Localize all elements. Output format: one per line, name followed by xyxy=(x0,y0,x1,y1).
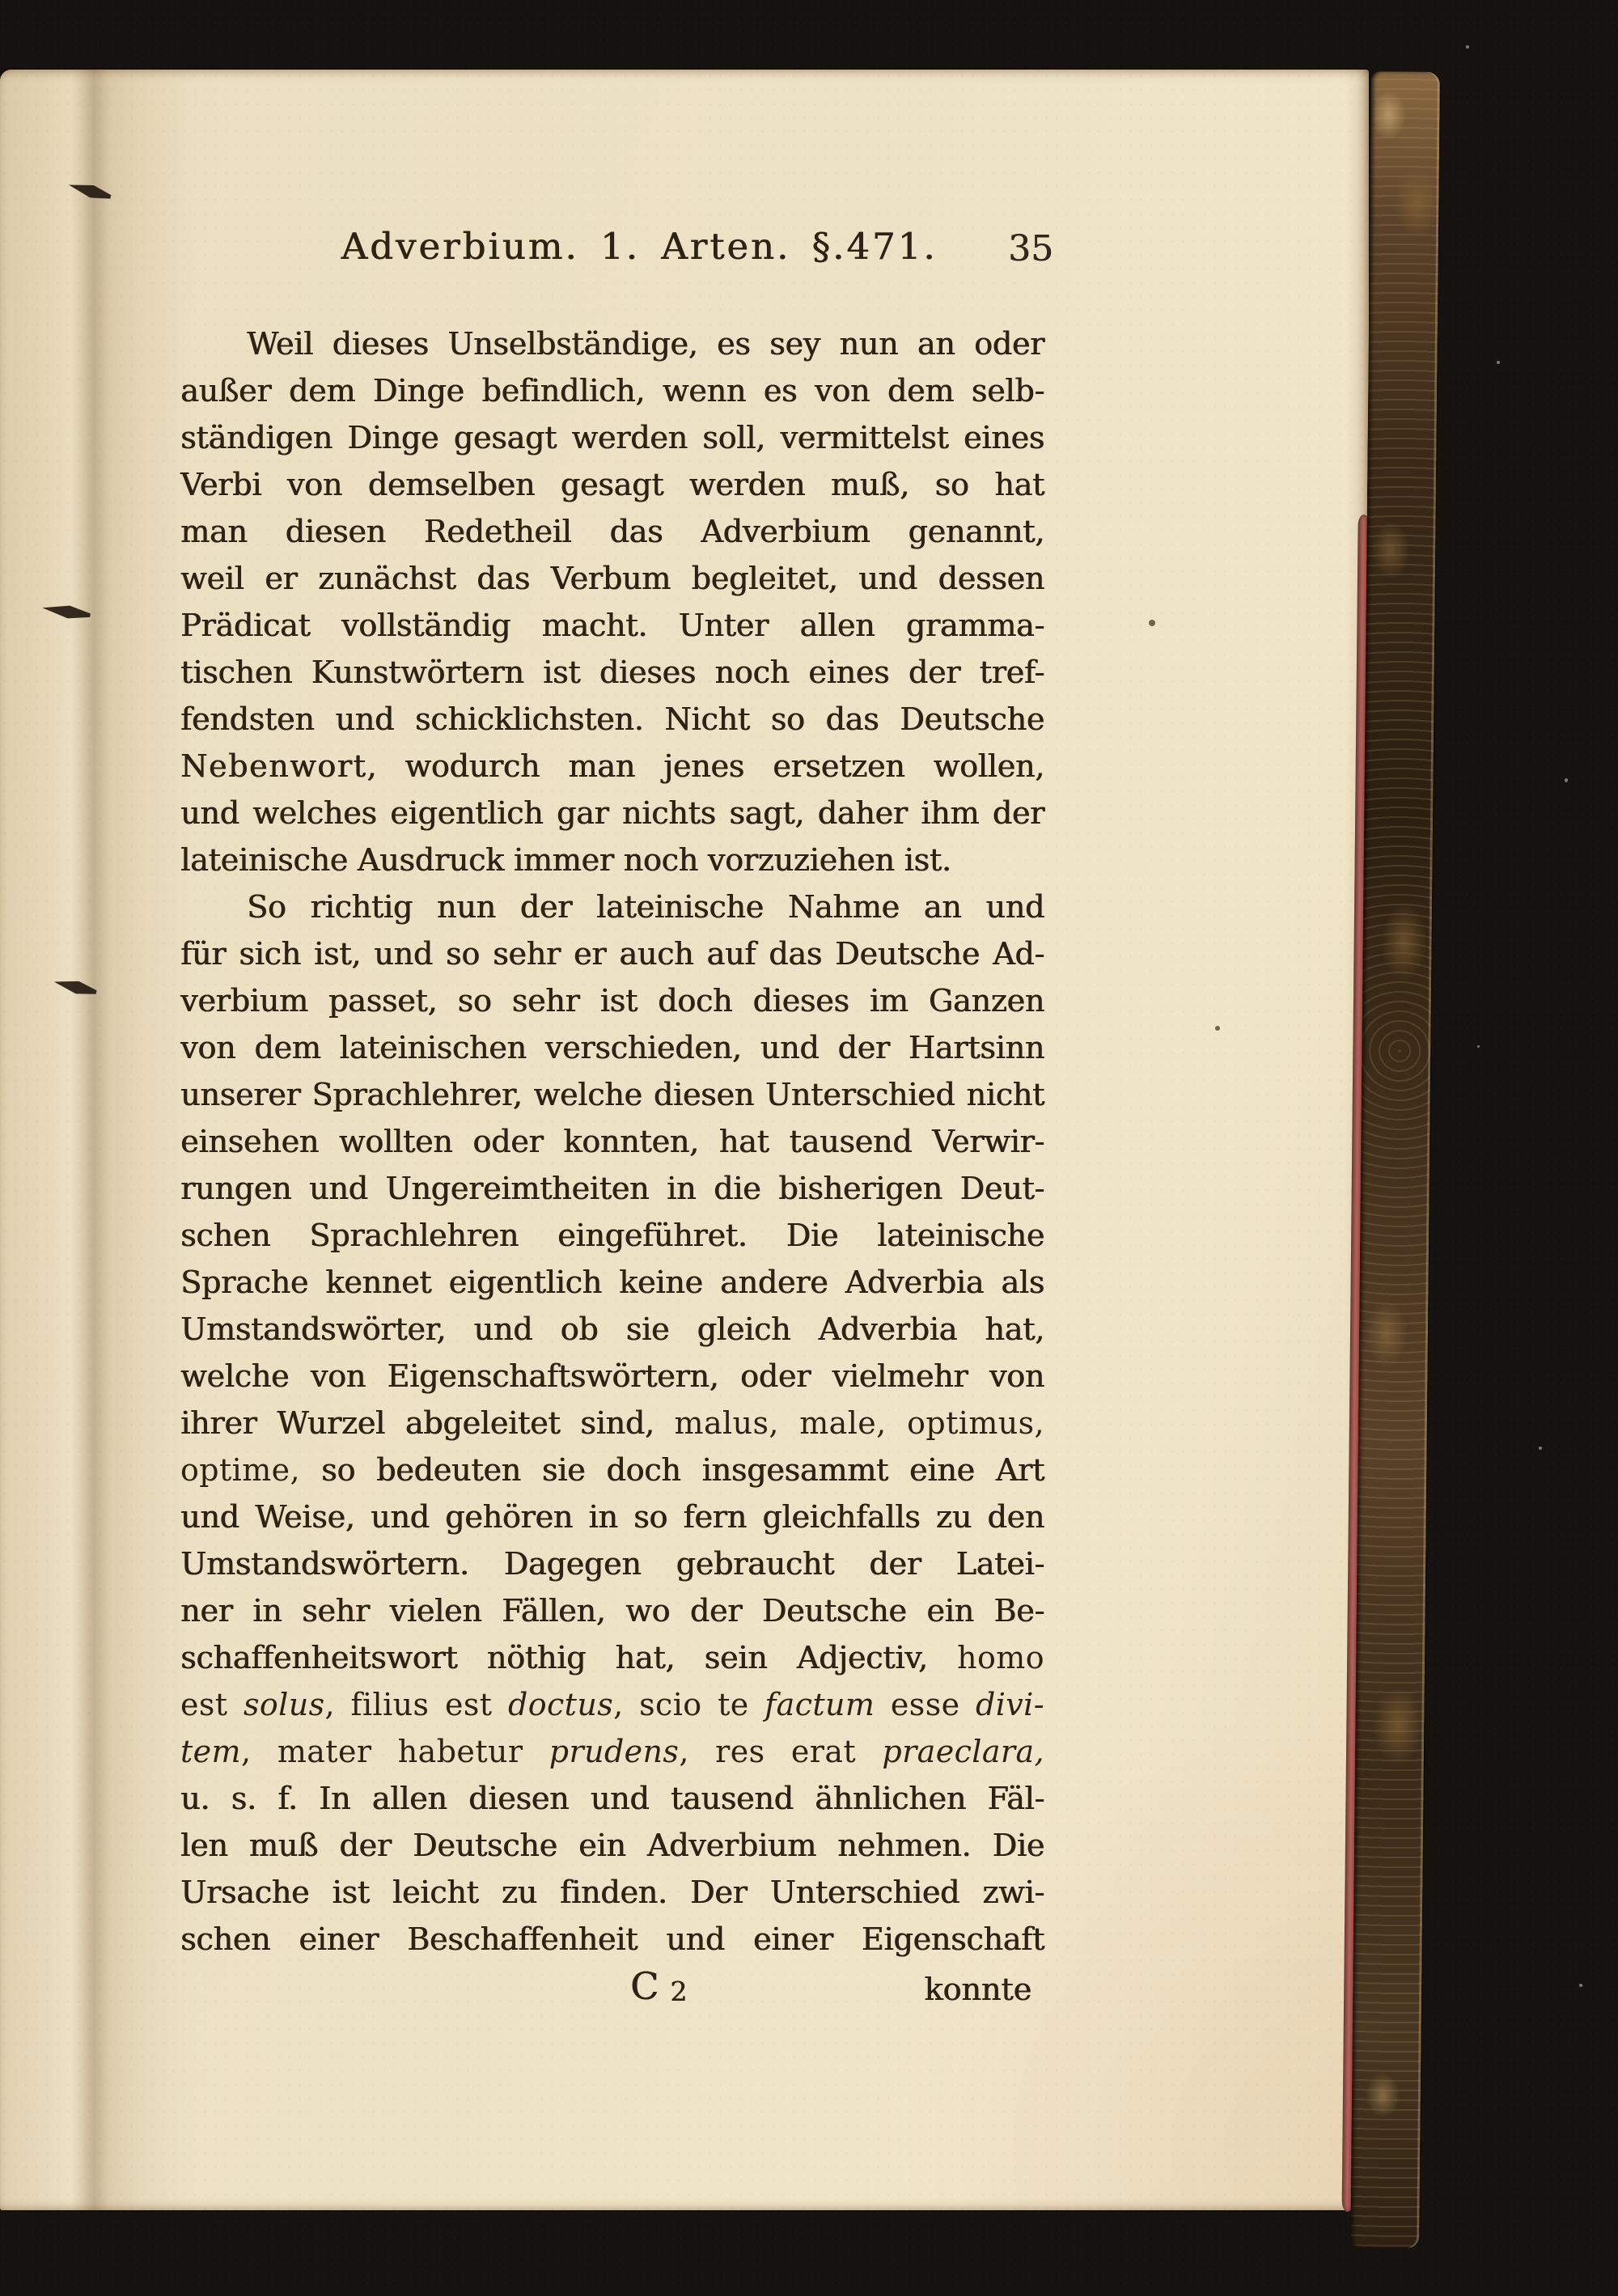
text-line: ner in sehr vielen Fällen, wo der Deutsc… xyxy=(180,1587,1044,1634)
text-line: welche von Eigenschaftswörtern, oder vie… xyxy=(180,1353,1044,1400)
fraktur-text-segment: Ursache ist leicht zu finden. Der Unters… xyxy=(180,1875,1044,1910)
latin-text-segment: , mater habetur xyxy=(241,1734,549,1769)
text-line: est solus, filius est doctus, scio te fa… xyxy=(180,1681,1044,1728)
text-line: fendsten und schicklichsten. Nicht so da… xyxy=(180,696,1044,743)
latin-text-segment: tem xyxy=(180,1734,241,1769)
dust-speck xyxy=(1497,361,1500,364)
text-line: schen Sprachlehren eingeführet. Die late… xyxy=(180,1212,1044,1259)
signature-line: C2 konnte xyxy=(180,1963,1044,2010)
fraktur-text-segment: man diesen Redetheil das Adverbium genan… xyxy=(180,514,1044,549)
marbled-board-edge xyxy=(1350,71,1440,2248)
latin-text-segment: doctus xyxy=(508,1687,613,1722)
text-line: Ursache ist leicht zu finden. Der Unters… xyxy=(180,1869,1044,1916)
fraktur-text-segment: und Weise, und gehören in so fern gleich… xyxy=(180,1499,1044,1535)
text-line: Weil dieses Unselbständige, es sey nun a… xyxy=(180,320,1044,367)
text-line: für sich ist, und so sehr er auch auf da… xyxy=(180,930,1044,977)
latin-text-segment: , res erat xyxy=(679,1734,882,1769)
ink-speck xyxy=(1149,620,1155,626)
fraktur-text-segment: Umstandswörtern. Dagegen gebraucht der L… xyxy=(180,1546,1044,1582)
gathering-number: 2 xyxy=(670,1976,687,2007)
catchword: konnte xyxy=(924,1966,1031,2013)
latin-text-segment: divi- xyxy=(976,1687,1044,1722)
fraktur-text-segment: schaffenheitswort nöthig hat, sein Adjec… xyxy=(180,1640,957,1675)
body-text: Weil dieses Unselbständige, es sey nun a… xyxy=(180,320,1044,1963)
latin-text-segment: factum xyxy=(765,1687,875,1722)
latin-text-segment: homo xyxy=(957,1640,1044,1675)
text-line: So richtig nun der lateinische Nahme an … xyxy=(180,883,1044,930)
fraktur-text-segment: u. s. f. In allen diesen und tausend ähn… xyxy=(180,1781,1044,1816)
dust-speck xyxy=(1477,1045,1480,1048)
fraktur-text-segment: tischen Kunstwörtern ist dieses noch ein… xyxy=(180,654,1044,690)
fraktur-text-segment: für sich ist, und so sehr er auch auf da… xyxy=(180,936,1044,972)
text-line: optime, so bedeuten sie doch insgesammt … xyxy=(180,1447,1044,1493)
running-head: Adverbium. 1. Arten. §.471. xyxy=(227,225,1052,273)
fraktur-text-segment: welche von Eigenschaftswörtern, oder vie… xyxy=(180,1358,1044,1394)
page-number: 35 xyxy=(1008,228,1053,269)
latin-text-segment: praeclara, xyxy=(882,1734,1044,1769)
text-line: außer dem Dinge befindlich, wenn es von … xyxy=(180,367,1044,414)
latin-text-segment: esse xyxy=(875,1687,976,1722)
fraktur-text-segment: lateinische Ausdruck immer noch vorzuzie… xyxy=(180,842,951,878)
fraktur-text-segment: Prädicat vollständig macht. Unter allen … xyxy=(180,608,1044,643)
text-line: len muß der Deutsche ein Adverbium nehme… xyxy=(180,1822,1044,1869)
fraktur-text-segment: Weil dieses Unselbständige, es sey nun a… xyxy=(247,326,1044,362)
fraktur-text-segment: ständigen Dinge gesagt werden soll, verm… xyxy=(180,420,1044,455)
text-line: rungen und Ungereimtheiten in die bisher… xyxy=(180,1165,1044,1212)
text-line: und welches eigentlich gar nichts sagt, … xyxy=(180,790,1044,837)
text-line: Umstandswörter, und ob sie gleich Adverb… xyxy=(180,1306,1044,1353)
fraktur-text-segment: rungen und Ungereimtheiten in die bisher… xyxy=(180,1171,1044,1206)
fraktur-text-segment: unserer Sprachlehrer, welche diesen Unte… xyxy=(180,1077,1044,1112)
fraktur-text-segment: Umstandswörter, und ob sie gleich Adverb… xyxy=(180,1311,1044,1347)
fraktur-text-segment: Sprache kennet eigentlich keine andere A… xyxy=(180,1264,1044,1300)
fraktur-text-segment: len muß der Deutsche ein Adverbium nehme… xyxy=(180,1828,1044,1863)
latin-text-segment: solus xyxy=(244,1687,325,1722)
text-line: von dem lateinischen verschieden, und de… xyxy=(180,1024,1044,1071)
text-line: schen einer Beschaffenheit und einer Eig… xyxy=(180,1916,1044,1963)
latin-text-segment: est xyxy=(180,1687,244,1722)
text-line: man diesen Redetheil das Adverbium genan… xyxy=(180,508,1044,555)
latin-text-segment: Nebenwort xyxy=(180,748,366,784)
text-line: tem, mater habetur prudens, res erat pra… xyxy=(180,1728,1044,1775)
text-line: Umstandswörtern. Dagegen gebraucht der L… xyxy=(180,1540,1044,1587)
text-line: tischen Kunstwörtern ist dieses noch ein… xyxy=(180,649,1044,696)
fraktur-text-segment: Verbi von demselben gesagt werden muß, s… xyxy=(180,467,1044,502)
fraktur-text-segment: , wodurch man jenes ersetzen wollen, xyxy=(366,748,1044,784)
text-line: Verbi von demselben gesagt werden muß, s… xyxy=(180,461,1044,508)
fraktur-text-segment: einsehen wollten oder konnten, hat tause… xyxy=(180,1124,1044,1159)
text-line: ständigen Dinge gesagt werden soll, verm… xyxy=(180,414,1044,461)
text-line: schaffenheitswort nöthig hat, sein Adjec… xyxy=(180,1634,1044,1681)
dust-speck xyxy=(1579,1984,1582,1987)
text-line: unserer Sprachlehrer, welche diesen Unte… xyxy=(180,1071,1044,1118)
text-line: lateinische Ausdruck immer noch vorzuzie… xyxy=(180,837,1044,883)
text-line: Prädicat vollständig macht. Unter allen … xyxy=(180,602,1044,649)
text-line: und Weise, und gehören in so fern gleich… xyxy=(180,1493,1044,1540)
fraktur-text-segment: ner in sehr vielen Fällen, wo der Deutsc… xyxy=(180,1593,1044,1629)
fraktur-text-segment: verbium passet, so sehr ist doch dieses … xyxy=(180,983,1044,1019)
text-line: einsehen wollten oder konnten, hat tause… xyxy=(180,1118,1044,1165)
fraktur-text-segment: außer dem Dinge befindlich, wenn es von … xyxy=(180,373,1044,409)
dust-speck xyxy=(1466,45,1469,49)
fraktur-text-segment: fendsten und schicklichsten. Nicht so da… xyxy=(180,701,1044,737)
book-photo: Adverbium. 1. Arten. §.471. 35 Weil dies… xyxy=(0,0,1618,2296)
latin-text-segment: optime, xyxy=(180,1452,300,1488)
text-line: Sprache kennet eigentlich keine andere A… xyxy=(180,1259,1044,1306)
latin-text-segment: malus, male, optimus, xyxy=(675,1405,1044,1441)
fraktur-text-segment: ihrer Wurzel abgeleitet sind, xyxy=(180,1405,675,1441)
fraktur-text-segment: So richtig nun der lateinische Nahme an … xyxy=(247,889,1044,925)
text-line: Nebenwort, wodurch man jenes ersetzen wo… xyxy=(180,743,1044,790)
fraktur-text-segment: schen einer Beschaffenheit und einer Eig… xyxy=(180,1921,1044,1957)
text-line: weil er zunächst das Verbum begleitet, u… xyxy=(180,555,1044,602)
gathering-signature: C2 xyxy=(630,1963,687,2015)
text-line: u. s. f. In allen diesen und tausend ähn… xyxy=(180,1775,1044,1822)
text-line: ihrer Wurzel abgeleitet sind, malus, mal… xyxy=(180,1400,1044,1447)
fraktur-text-segment: weil er zunächst das Verbum begleitet, u… xyxy=(180,561,1044,596)
fraktur-text-segment: von dem lateinischen verschieden, und de… xyxy=(180,1030,1044,1065)
latin-text-segment: , scio te xyxy=(613,1687,765,1722)
dust-speck xyxy=(1565,778,1568,782)
fraktur-text-segment: schen Sprachlehren eingeführet. Die late… xyxy=(180,1218,1044,1253)
fraktur-text-segment: und welches eigentlich gar nichts sagt, … xyxy=(180,795,1044,831)
fraktur-text-segment: so bedeuten sie doch insgesammt eine Art xyxy=(300,1452,1044,1488)
text-line: verbium passet, so sehr ist doch dieses … xyxy=(180,977,1044,1024)
latin-text-segment: , filius est xyxy=(325,1687,508,1722)
dust-speck xyxy=(1539,1447,1542,1450)
latin-text-segment: prudens xyxy=(549,1734,680,1769)
ink-speck xyxy=(1215,1026,1220,1031)
gathering-letter: C xyxy=(630,1964,659,2008)
